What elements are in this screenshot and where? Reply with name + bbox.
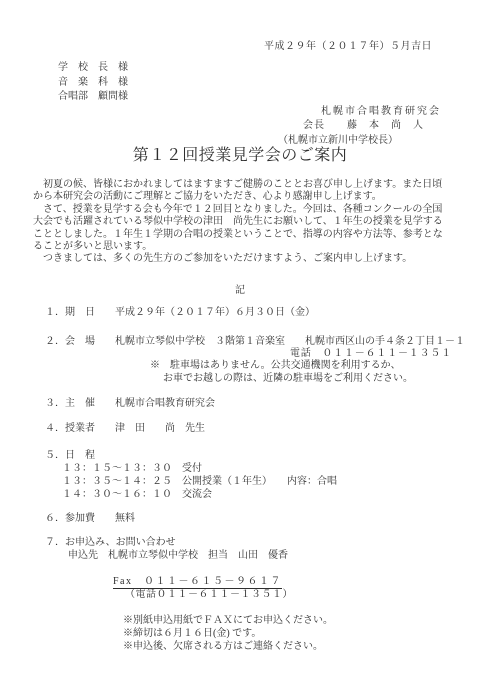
document-title: 第１２回授業見学会のご案内 — [0, 146, 480, 166]
list-item-host: ３．主 催 札幌市合唱教育研究会 — [45, 397, 480, 410]
application-note-fax-form: ※別紙申込用紙でＦＡＸにてお申込ください。 — [123, 614, 480, 627]
application-fax-line: Fax ０１１－６１５－９６１７ （電話０１１－６１１－１３５１） — [103, 562, 480, 614]
recipient-music-dept: 音 楽 科 様 — [58, 76, 480, 91]
sender-block: 札幌市合唱教育研究会 会長 藤 本 尚 人 （札幌市立新川中学校長） — [278, 105, 480, 149]
schedule-row-open-class: １３：３５～１４：２５ 公開授業（１年生） 内容：合唱 — [62, 475, 480, 488]
paragraph-invitation: つきましては、多くの先生方のご参加をいただけますよう、ご案内申し上げます。 — [33, 253, 447, 265]
body-paragraphs: 初夏の候、皆様におかれましてはますますご健勝のこととお喜び申し上げます。また日頃… — [0, 179, 480, 266]
application-note-deadline: ※締切は６月１６日(金) です。 — [123, 627, 480, 640]
recipient-principal: 学 校 長 様 — [58, 61, 480, 76]
schedule-row-reception: １３：１５～１３：３０ 受付 — [62, 462, 480, 475]
schedule-row-exchange: １４：３０～１６：１０ 交流会 — [62, 488, 480, 501]
fax-phone-number: （電話０１１－６１１－１３５１） — [125, 589, 293, 600]
paragraph-greeting: 初夏の候、皆様におかれましてはますますご健勝のこととお喜び申し上げます。また日頃… — [33, 179, 447, 204]
recipient-choir-advisor: 合唱部 顧問様 — [58, 90, 480, 105]
application-contact: 申込先 札幌市立琴似中学校 担当 山田 優香 — [68, 549, 480, 562]
venue-phone: 電話 ０１１－６１１－１３５１ — [290, 348, 480, 361]
sender-organization: 札幌市合唱教育研究会 — [321, 105, 480, 120]
list-item-schedule: ５．日 程 — [45, 449, 480, 462]
document-page: 平成２９年（２０１７年）５月吉日 学 校 長 様 音 楽 科 様 合唱部 顧問様… — [0, 0, 480, 679]
list-item-fee: ６．参加費 無料 — [45, 512, 480, 525]
application-note-cancellation: ※申込後、欠席される方はご連絡ください。 — [123, 640, 480, 653]
venue-parking-note-cont: お車でお越しの際は、近隣の駐車場をご利用ください。 — [163, 373, 480, 386]
record-marker: 記 — [0, 284, 480, 297]
recipient-block: 学 校 長 様 音 楽 科 様 合唱部 顧問様 — [58, 61, 480, 105]
paragraph-event-description: さて、授業を見学する会も今年で１２回目となりました。今回は、各種コンクールの全国… — [33, 204, 447, 254]
venue-parking-note: ※ 駐車場はありません。公共交通機関を利用するか、 — [150, 360, 480, 373]
list-item-venue: ２．会 場 札幌市立琴似中学校 ３階第１音楽室 札幌市西区山の手４条２丁目１－１ — [45, 335, 480, 348]
fax-number: Fax ０１１－６１５－９６１７ — [113, 576, 282, 589]
list-item-application: ７．お申込み、お問い合わせ — [45, 536, 480, 549]
date-line: 平成２９年（２０１７年）５月吉日 — [0, 40, 480, 53]
list-item-date: １．期 日 平成２９年（２０１７年）６月３０日（金） — [45, 306, 480, 319]
list-item-teacher: ４．授業者 津 田 尚 先生 — [45, 422, 480, 435]
sender-president-name: 会長 藤 本 尚 人 — [303, 119, 480, 134]
